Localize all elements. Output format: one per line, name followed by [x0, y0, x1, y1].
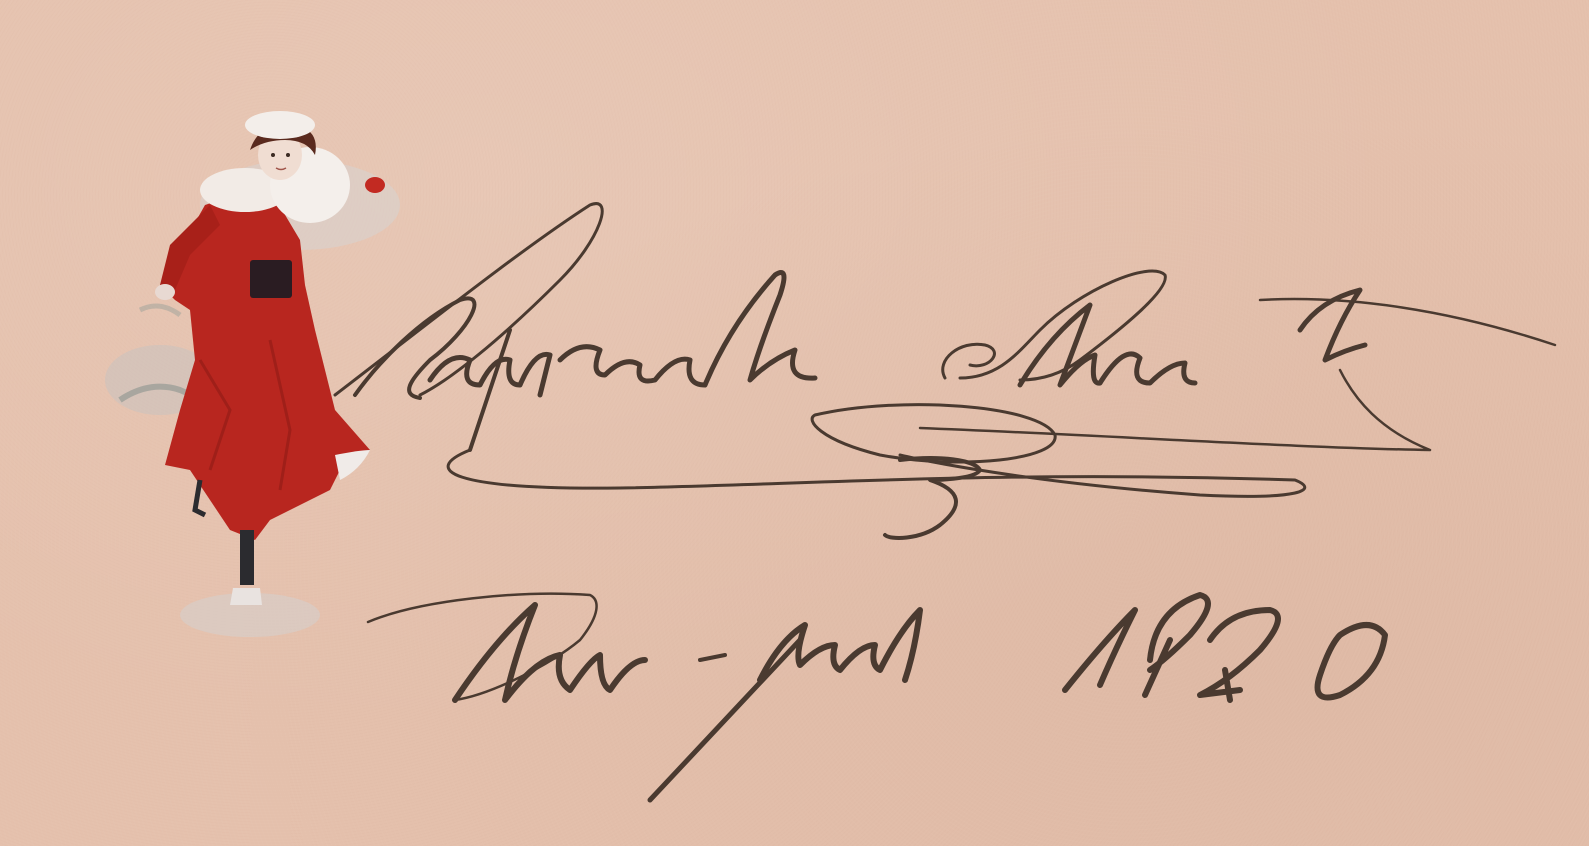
flourish-mark — [812, 405, 1055, 538]
handwriting-ink — [0, 0, 1589, 846]
autograph-card: Pasquale Amato 3 New-York 1920 — [0, 0, 1589, 846]
signature-pasquale — [335, 204, 1305, 497]
place-date-new-york-1920 — [368, 594, 1385, 800]
signature-amato — [920, 271, 1555, 450]
